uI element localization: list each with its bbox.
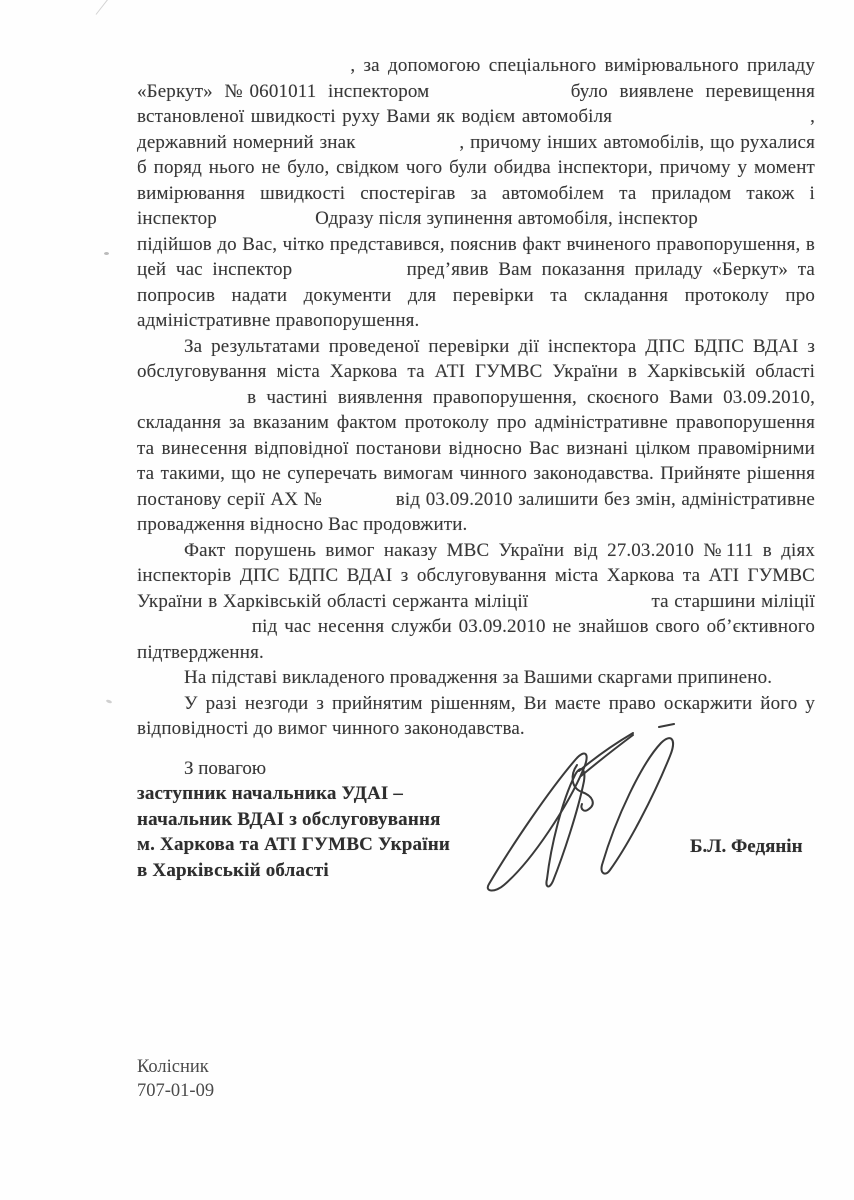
executor-phone: 707-01-09 — [137, 1079, 815, 1103]
paragraph-4: На підставі викладеного провадження за В… — [137, 665, 815, 691]
redacted-gap — [328, 503, 390, 505]
scan-artifact-streak — [96, 0, 124, 15]
redacted-gap — [137, 630, 245, 632]
redacted-gap — [137, 401, 237, 403]
redacted-gap — [703, 222, 815, 224]
signer-name: Б.Л. Федянін — [690, 834, 803, 860]
redacted-gap — [619, 120, 804, 122]
executor-name: Колісник — [137, 1055, 815, 1079]
scan-artifact-dot — [104, 252, 109, 255]
scanned-document-page: , за допомогою спеціального вимірювально… — [0, 0, 854, 1200]
redacted-gap — [441, 95, 559, 97]
redacted-gap — [534, 605, 646, 607]
document-content: , за допомогою спеціального вимірювально… — [137, 53, 815, 1103]
document-body: , за допомогою спеціального вимірювально… — [137, 53, 815, 742]
redacted-gap — [361, 146, 453, 148]
redacted-gap — [137, 69, 342, 71]
paragraph-1: , за допомогою спеціального вимірювально… — [137, 53, 815, 334]
closing-block: З повагою заступник начальника УДАІ – на… — [137, 756, 815, 884]
paragraph-2: За результатами проведеної перевірки дії… — [137, 334, 815, 538]
scan-artifact-dot — [106, 699, 113, 704]
redacted-gap — [302, 273, 397, 275]
executor-block: Колісник 707-01-09 — [137, 1055, 815, 1103]
redacted-gap — [222, 222, 310, 224]
paragraph-3: Факт порушень вимог наказу МВС України в… — [137, 538, 815, 666]
signature-ink — [450, 693, 690, 898]
